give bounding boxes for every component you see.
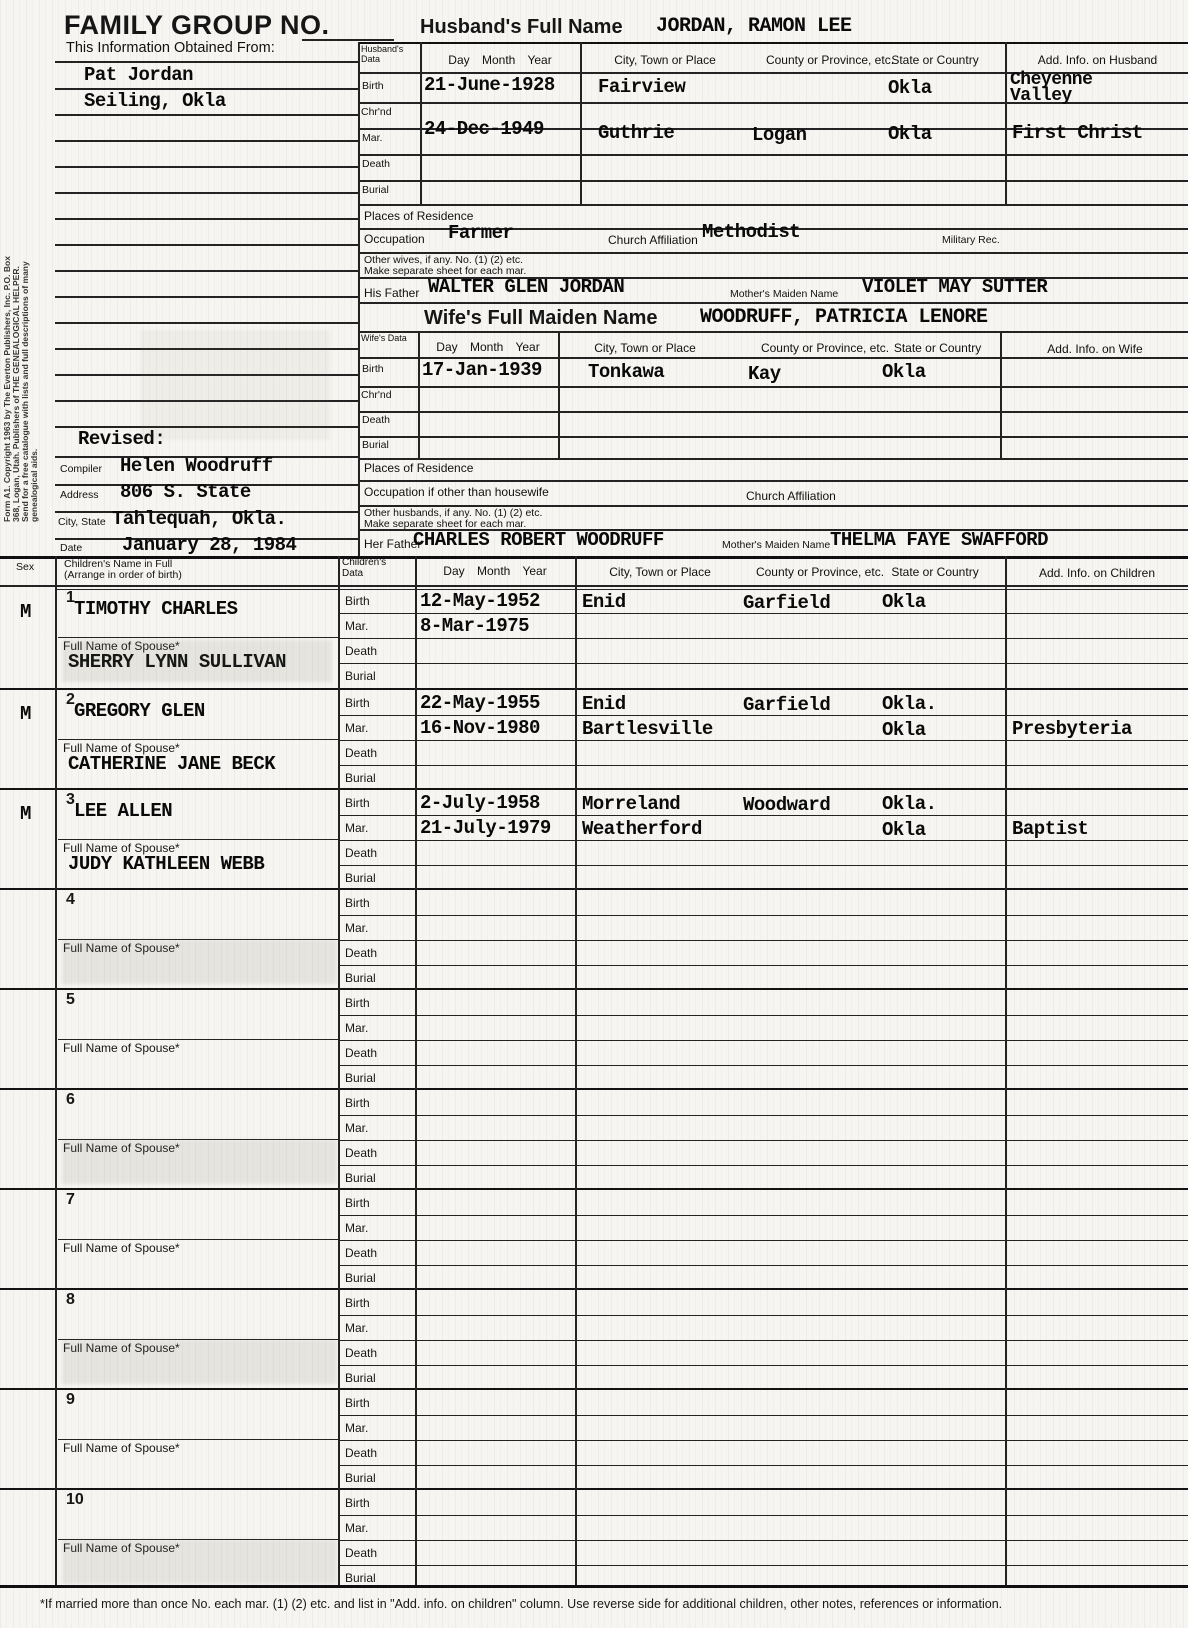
child-number: 9 [66, 1391, 75, 1409]
husband-mar-county: Logan [752, 124, 807, 146]
husband-father-value: WALTER GLEN JORDAN [428, 276, 624, 298]
row-label-mar: Mar. [345, 1521, 368, 1535]
his-mother-label: Mother's Maiden Name [730, 288, 838, 300]
city-state-label: City, State [58, 516, 106, 528]
row-label-burial: Burial [345, 1171, 376, 1185]
row-label-birth: Birth [362, 80, 384, 92]
husband-birth-city: Fairview [598, 76, 685, 98]
grid-line [338, 940, 1188, 941]
row-label-death: Death [345, 1446, 377, 1460]
rule-line [55, 140, 358, 142]
grid-line [358, 302, 1188, 304]
grid-line [0, 585, 1188, 587]
grid-line [338, 1565, 1188, 1566]
row-label-burial: Burial [362, 439, 389, 451]
obtained-from-label: This Information Obtained From: [66, 40, 275, 56]
row-label-burial: Burial [345, 1471, 376, 1485]
spouse-label: Full Name of Spouse* [63, 1041, 180, 1055]
row-label-birth: Birth [345, 1496, 370, 1510]
grid-line [338, 1365, 1188, 1366]
child-birth-state: Okla. [882, 793, 937, 815]
child-mar-city: Weatherford [582, 818, 702, 840]
grid-line [338, 1540, 1188, 1541]
rule-line [55, 218, 358, 220]
child-row: 4 Full Name of Spouse* Birth Mar. Death … [0, 888, 1188, 988]
child-birth-city: Enid [582, 591, 626, 613]
child-birth-county: Garfield [743, 592, 830, 614]
grid-line [338, 1440, 1188, 1441]
husband-mar-date: 24-Dec-1949 [424, 118, 544, 140]
col-header-city: City, Town or Place [580, 565, 740, 579]
city-state-value: Tahlequah, Okla. [112, 508, 286, 530]
spouse-label: Full Name of Spouse* [63, 941, 180, 955]
child-mar-date: 8-Mar-1975 [420, 615, 529, 637]
row-label-mar: Mar. [345, 1021, 368, 1035]
child-number: 10 [66, 1491, 84, 1509]
grid-line [338, 965, 1188, 966]
child-number: 7 [66, 1191, 75, 1209]
childrens-data-label: Children's Data [342, 558, 400, 579]
col-header-city: City, Town or Place [565, 341, 725, 355]
child-number: 6 [66, 1091, 75, 1109]
row-label-burial: Burial [345, 669, 376, 683]
child-row: 7 Full Name of Spouse* Birth Mar. Death … [0, 1188, 1188, 1288]
grid-line [338, 765, 1188, 766]
row-label-mar: Mar. [362, 132, 382, 144]
child-name: GREGORY GLEN [74, 700, 205, 722]
grid-line [358, 42, 1188, 44]
child-spouse-name: SHERRY LYNN SULLIVAN [68, 651, 286, 673]
obtained-from-1: Pat Jordan [84, 64, 193, 86]
grid-line [338, 556, 340, 1588]
form-copyright-note: Form A1. Copyright 1963 by The Everton P… [3, 256, 39, 522]
child-birth-state: Okla [882, 591, 926, 613]
col-header-addinfo-husband: Add. Info. on Husband [1010, 53, 1185, 67]
child-name: LEE ALLEN [74, 800, 172, 822]
date-label: Date [60, 542, 82, 554]
rule-line [55, 244, 358, 246]
husband-church-value: Methodist [702, 221, 800, 243]
revised-label: Revised: [78, 428, 165, 450]
children-name-label-2: (Arrange in order of birth) [64, 569, 182, 581]
address-label: Address [60, 489, 99, 501]
grid-line [558, 331, 560, 458]
grid-line [358, 42, 360, 556]
row-label-birth: Birth [345, 1196, 370, 1210]
child-row: 2 M GREGORY GLEN Full Name of Spouse* CA… [0, 688, 1188, 788]
row-label-burial: Burial [345, 971, 376, 985]
grid-line [338, 1265, 1188, 1266]
col-header-state: State or Country [880, 341, 995, 355]
rule-line [55, 166, 358, 168]
grid-line [358, 180, 1188, 182]
spouse-label: Full Name of Spouse* [63, 1441, 180, 1455]
husband-mother-value: VIOLET MAY SUTTER [862, 276, 1047, 298]
husband-mar-city: Guthrie [598, 122, 674, 144]
child-number: 5 [66, 991, 75, 1009]
col-header-city: City, Town or Place [585, 53, 745, 67]
rule-line [55, 114, 358, 116]
row-label-burial: Burial [345, 1571, 376, 1585]
row-label-birth: Birth [345, 696, 370, 710]
grid-line [358, 480, 1188, 482]
church-affiliation-label: Church Affiliation [608, 233, 698, 247]
wife-birth-county: Kay [748, 363, 781, 385]
child-row: 10 Full Name of Spouse* Birth Mar. Death… [0, 1488, 1188, 1588]
wife-father-value: CHARLES ROBERT WOODRUFF [413, 529, 664, 551]
row-label-birth: Birth [345, 1096, 370, 1110]
places-of-residence-label: Places of Residence [364, 209, 473, 223]
row-label-death: Death [345, 1246, 377, 1260]
occupation-label: Occupation [364, 232, 425, 246]
rule-line [55, 374, 358, 376]
row-label-burial: Burial [345, 1371, 376, 1385]
children-table: 1 M TIMOTHY CHARLES Full Name of Spouse*… [0, 588, 1188, 1588]
child-mar-city: Bartlesville [582, 718, 713, 740]
military-rec-label: Military Rec. [942, 234, 1000, 246]
row-label-birth: Birth [345, 1296, 370, 1310]
child-mar-state: Okla [882, 819, 926, 841]
grid-line [358, 436, 1188, 438]
row-label-birth: Birth [345, 896, 370, 910]
col-header-state: State or Country [870, 565, 1000, 579]
grid-line [338, 1115, 1188, 1116]
spouse-label: Full Name of Spouse* [63, 1341, 180, 1355]
spouse-label: Full Name of Spouse* [63, 1241, 180, 1255]
wifes-data-label: Wife's Data [361, 334, 411, 344]
row-label-burial: Burial [345, 1071, 376, 1085]
rule-line [55, 270, 358, 272]
child-mar-date: 21-July-1979 [420, 817, 551, 839]
compiler-value: Helen Woodruff [120, 455, 273, 477]
date-value: January 28, 1984 [122, 534, 296, 556]
row-label-birth: Birth [362, 363, 384, 375]
row-label-birth: Birth [345, 1396, 370, 1410]
grid-line [358, 331, 1188, 333]
husband-birth-state: Okla [888, 77, 932, 99]
grid-line [338, 1015, 1188, 1016]
family-group-sheet: Form A1. Copyright 1963 by The Everton P… [0, 0, 1188, 1628]
husbands-data-label: Husband's Data [361, 45, 415, 64]
rule-line [55, 400, 358, 402]
row-label-mar: Mar. [345, 721, 368, 735]
grid-line [338, 740, 1188, 741]
child-row: 1 M TIMOTHY CHARLES Full Name of Spouse*… [0, 588, 1188, 688]
child-birth-city: Enid [582, 693, 626, 715]
child-birth-date: 12-May-1952 [420, 590, 540, 612]
child-birth-date: 22-May-1955 [420, 692, 540, 714]
grid-line [338, 1215, 1188, 1216]
row-label-burial: Burial [362, 184, 389, 196]
grid-line [338, 1065, 1188, 1066]
wife-birth-date: 17-Jan-1939 [422, 359, 542, 381]
grid-line [338, 915, 1188, 916]
footnote: *If married more than once No. each mar.… [40, 1597, 1185, 1611]
row-label-mar: Mar. [345, 921, 368, 935]
row-label-death: Death [345, 1546, 377, 1560]
child-row: 6 Full Name of Spouse* Birth Mar. Death … [0, 1088, 1188, 1188]
grid-line [575, 556, 577, 1588]
child-sex: M [20, 601, 31, 623]
row-label-death: Death [345, 746, 377, 760]
rule-line [55, 348, 358, 350]
row-label-death: Death [345, 644, 377, 658]
husband-mar-state: Okla [888, 123, 932, 145]
row-label-mar: Mar. [345, 821, 368, 835]
grid-line [1005, 556, 1007, 1588]
child-number: 4 [66, 891, 75, 909]
spouse-label: Full Name of Spouse* [63, 1541, 180, 1555]
row-label-burial: Burial [345, 1271, 376, 1285]
occupation-housewife-label: Occupation if other than housewife [364, 485, 549, 499]
obtained-from-2: Seiling, Okla [84, 90, 226, 112]
row-label-burial: Burial [345, 771, 376, 785]
col-header-date: Day Month Year [415, 564, 575, 578]
child-row: 3 M LEE ALLEN Full Name of Spouse* JUDY … [0, 788, 1188, 888]
child-sex: M [20, 703, 31, 725]
husband-birth-addinfo-2: Valley [1010, 88, 1072, 104]
child-birth-date: 2-July-1958 [420, 792, 540, 814]
child-birth-state: Okla. [882, 693, 937, 715]
places-of-residence-label: Places of Residence [364, 461, 473, 475]
grid-line [358, 411, 1188, 413]
grid-line [338, 1315, 1188, 1316]
grid-line [338, 1415, 1188, 1416]
col-header-date: Day Month Year [420, 53, 580, 67]
row-label-mar: Mar. [345, 1221, 368, 1235]
row-label-death: Death [345, 846, 377, 860]
grid-line [338, 1465, 1188, 1466]
grid-line [338, 1340, 1188, 1341]
sex-column-label: Sex [16, 561, 34, 573]
child-sex: M [20, 803, 31, 825]
child-row: 8 Full Name of Spouse* Birth Mar. Death … [0, 1288, 1188, 1388]
child-row: 9 Full Name of Spouse* Birth Mar. Death … [0, 1388, 1188, 1488]
wife-name-label: Wife's Full Maiden Name [424, 307, 658, 330]
col-header-state: State or Country [875, 53, 995, 67]
row-label-mar: Mar. [345, 1121, 368, 1135]
row-label-birth: Birth [345, 996, 370, 1010]
child-row: 5 Full Name of Spouse* Birth Mar. Death … [0, 988, 1188, 1088]
child-spouse-name: JUDY KATHLEEN WEBB [68, 853, 264, 875]
title-underline [302, 39, 394, 41]
row-label-chrnd: Chr'nd [361, 389, 392, 401]
grid-line [338, 1240, 1188, 1241]
grid-line [338, 638, 1188, 639]
row-label-birth: Birth [345, 796, 370, 810]
scan-smudge [140, 330, 330, 440]
row-label-death: Death [345, 1146, 377, 1160]
grid-line [358, 458, 1188, 460]
grid-line [338, 840, 1188, 841]
row-label-mar: Mar. [345, 1321, 368, 1335]
grid-line [358, 386, 1188, 388]
grid-line [0, 1585, 1188, 1588]
row-label-burial: Burial [345, 871, 376, 885]
child-spouse-name: CATHERINE JANE BECK [68, 753, 275, 775]
husband-name-label: Husband's Full Name [420, 16, 623, 39]
husband-occupation-value: Farmer [448, 222, 513, 244]
rule-line [55, 296, 358, 298]
her-mother-label: Mother's Maiden Name [722, 539, 830, 551]
row-label-chrnd: Chr'nd [361, 106, 392, 118]
address-value: 806 S. State [120, 481, 251, 503]
child-mar-state: Okla [882, 719, 926, 741]
husband-birth-date: 21-June-1928 [424, 74, 555, 96]
row-label-birth: Birth [345, 594, 370, 608]
rule-line [55, 192, 358, 194]
grid-line [338, 1515, 1188, 1516]
husband-name-value: JORDAN, RAMON LEE [656, 15, 852, 38]
wife-birth-state: Okla [882, 361, 926, 383]
husband-mar-addinfo: First Christ [1012, 122, 1143, 144]
grid-line [1000, 331, 1002, 458]
church-affiliation-label: Church Affiliation [746, 489, 836, 503]
row-label-death: Death [345, 1346, 377, 1360]
col-header-addinfo-children: Add. Info. on Children [1008, 566, 1186, 580]
grid-line [358, 204, 1188, 206]
child-birth-county: Garfield [743, 694, 830, 716]
his-father-label: His Father [364, 286, 419, 300]
spouse-label: Full Name of Spouse* [63, 1141, 180, 1155]
row-label-death: Death [345, 1046, 377, 1060]
child-mar-date: 16-Nov-1980 [420, 717, 540, 739]
row-label-death: Death [362, 158, 390, 170]
row-label-death: Death [345, 946, 377, 960]
rule-line [55, 61, 358, 63]
grid-line [338, 1165, 1188, 1166]
grid-line [338, 1040, 1188, 1041]
row-label-mar: Mar. [345, 619, 368, 633]
child-number: 8 [66, 1291, 75, 1309]
child-mar-addinfo: Baptist [1012, 818, 1088, 840]
row-label-mar: Mar. [345, 1421, 368, 1435]
wife-birth-city: Tonkawa [588, 361, 664, 383]
grid-line [338, 1140, 1188, 1141]
rule-line [55, 322, 358, 324]
grid-line [55, 556, 57, 1588]
row-label-death: Death [362, 414, 390, 426]
compiler-label: Compiler [60, 463, 102, 475]
form-title: FAMILY GROUP NO. [64, 10, 330, 41]
grid-line [358, 154, 1188, 156]
grid-line [338, 865, 1188, 866]
child-birth-county: Woodward [743, 794, 830, 816]
wife-mother-value: THELMA FAYE SWAFFORD [830, 529, 1048, 551]
child-mar-addinfo: Presbyteria [1012, 718, 1132, 740]
col-header-date: Day Month Year [418, 340, 558, 354]
grid-line [338, 663, 1188, 664]
wife-name-value: WOODRUFF, PATRICIA LENORE [700, 306, 988, 329]
grid-line [0, 556, 1188, 559]
child-birth-city: Morreland [582, 793, 680, 815]
col-header-addinfo-wife: Add. Info. on Wife [1005, 342, 1185, 356]
grid-line [415, 556, 417, 1588]
child-name: TIMOTHY CHARLES [74, 598, 238, 620]
